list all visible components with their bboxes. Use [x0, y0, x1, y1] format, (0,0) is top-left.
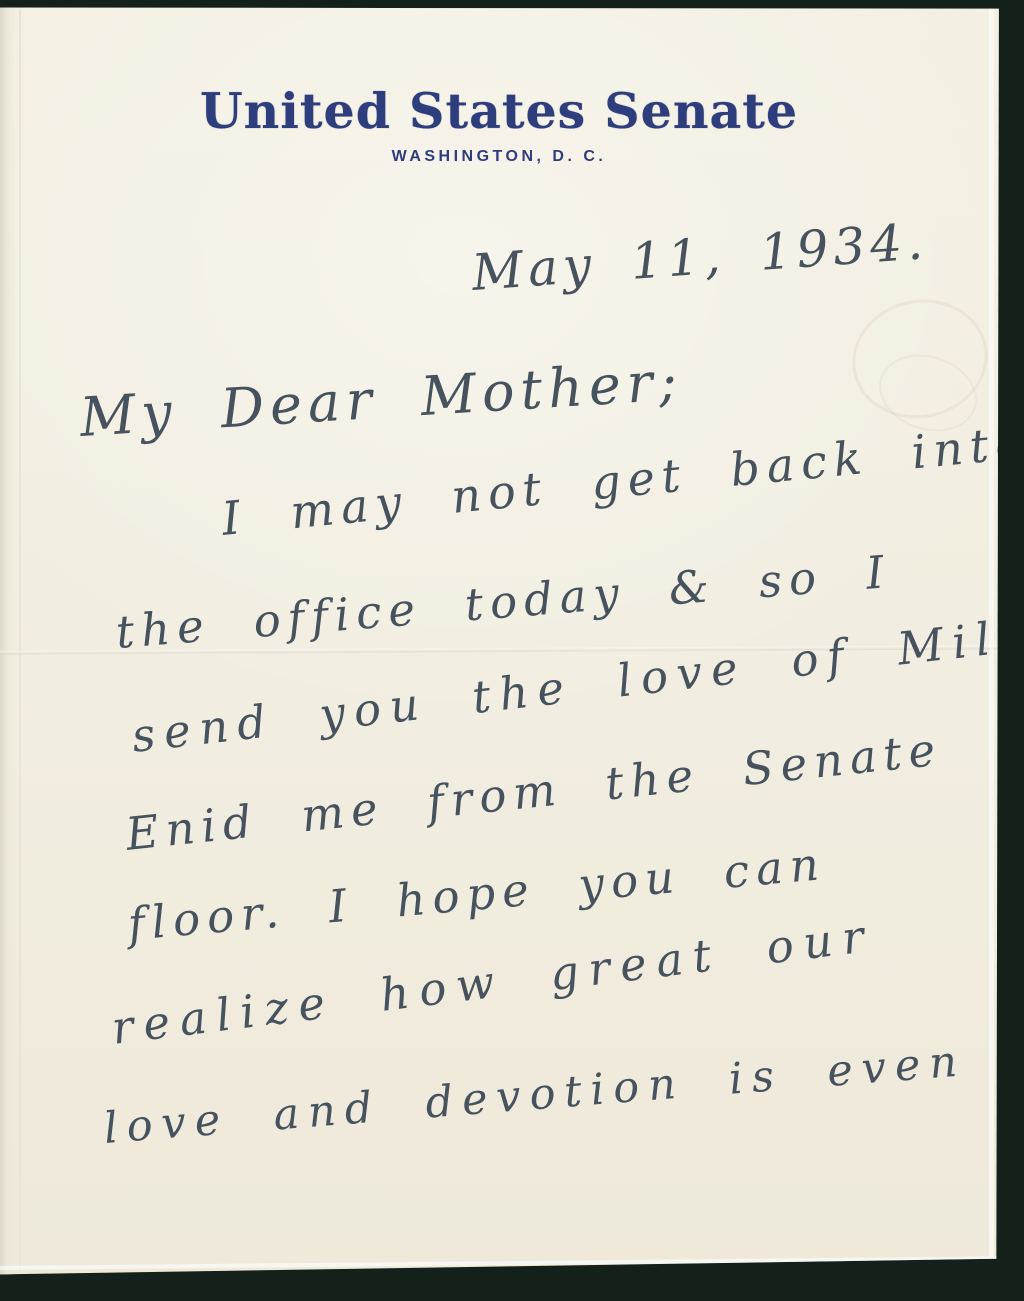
letterhead-title: United States Senate: [0, 82, 998, 140]
paper-right-edge: [989, 8, 994, 1257]
scan-background: United States Senate WASHINGTON, D. C. M…: [0, 0, 1024, 1301]
letterhead-subtitle: WASHINGTON, D. C.: [0, 148, 998, 166]
handwritten-line: love and devotion is even: [102, 1036, 968, 1154]
handwritten-line: I may not get back into: [219, 414, 1024, 546]
letter-paper: United States Senate WASHINGTON, D. C. M…: [0, 0, 1024, 1301]
paper-left-crease: [19, 10, 21, 1271]
handwritten-salutation: My Dear Mother;: [78, 349, 684, 449]
handwritten-date: May 11, 1934.: [470, 212, 930, 302]
paper-bottom-edge: [0, 1256, 1000, 1270]
